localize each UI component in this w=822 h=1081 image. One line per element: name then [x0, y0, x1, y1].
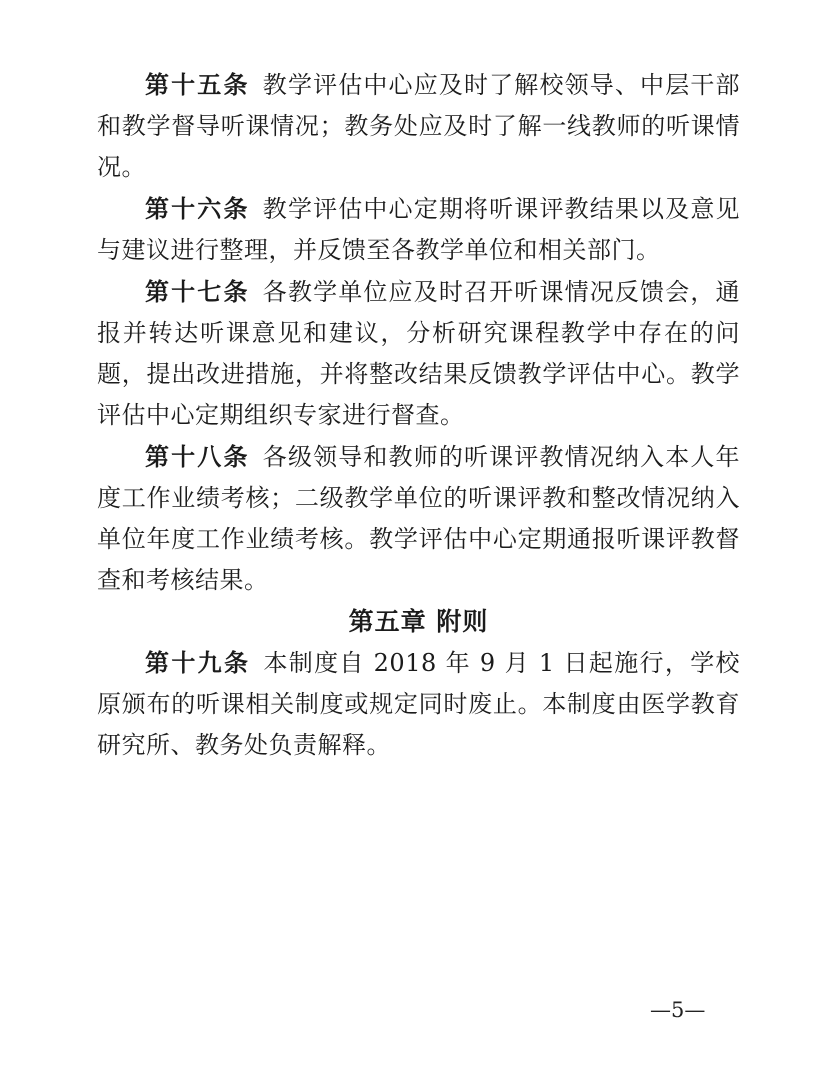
article-number: 第十七条	[145, 277, 250, 306]
article-number: 第十五条	[145, 70, 250, 99]
chapter-heading: 第五章 附则	[97, 601, 740, 642]
article-paragraph-17: 第十七条各教学单位应及时召开听课情况反馈会，通报并转达听课意见和建议，分析研究课…	[97, 271, 740, 436]
article-number: 第十九条	[145, 648, 250, 677]
page-number: —5—	[650, 998, 705, 1022]
article-paragraph-18: 第十八条各级领导和教师的听课评教情况纳入本人年度工作业绩考核；二级教学单位的听课…	[97, 436, 740, 601]
article-paragraph-15: 第十五条教学评估中心应及时了解校领导、中层干部和教学督导听课情况；教务处应及时了…	[97, 64, 740, 188]
article-number: 第十六条	[145, 194, 250, 223]
article-paragraph-19: 第十九条本制度自 2018 年 9 月 1 日起施行，学校原颁布的听课相关制度或…	[97, 642, 740, 766]
article-paragraph-16: 第十六条教学评估中心定期将听课评教结果以及意见与建议进行整理，并反馈至各教学单位…	[97, 188, 740, 271]
document-body: 第十五条教学评估中心应及时了解校领导、中层干部和教学督导听课情况；教务处应及时了…	[97, 64, 740, 766]
document-page: 第十五条教学评估中心应及时了解校领导、中层干部和教学督导听课情况；教务处应及时了…	[0, 0, 822, 1081]
article-number: 第十八条	[145, 442, 250, 471]
